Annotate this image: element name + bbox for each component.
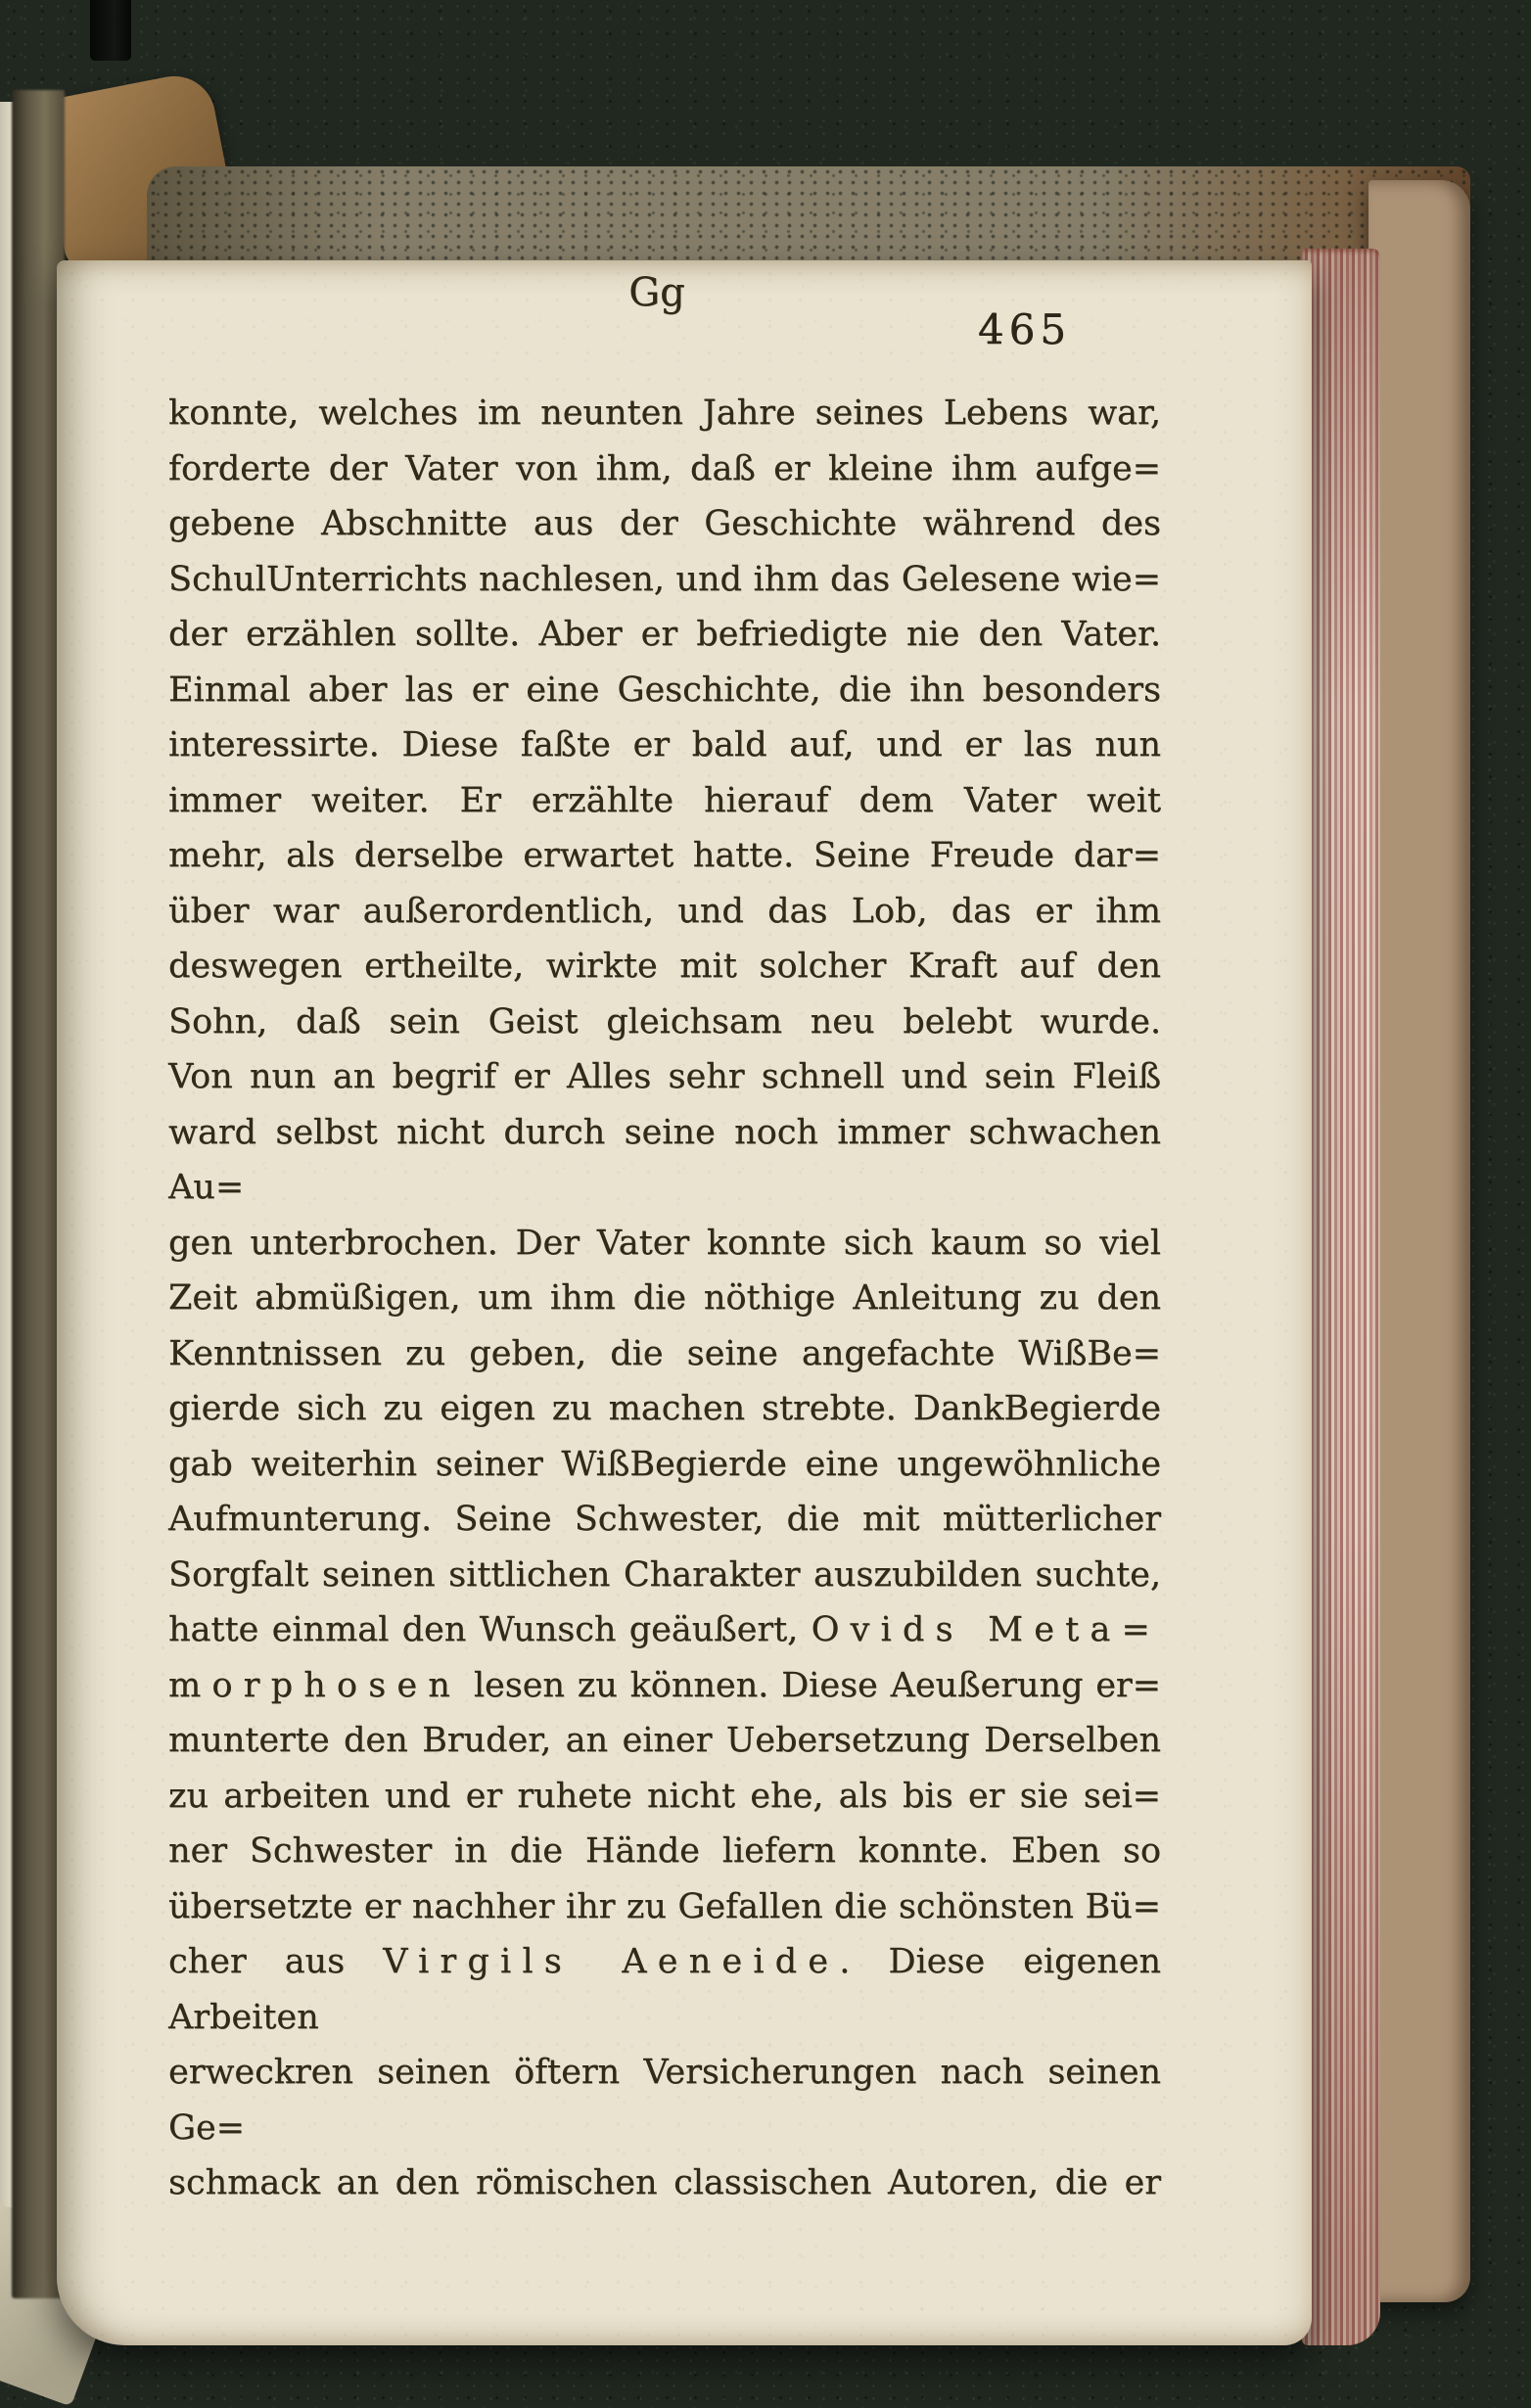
body-text: Sohn, daß sein Geist gleichsam neu beleb… (168, 1002, 1161, 1042)
text-line: zu arbeiten und er ruhete nicht ehe, als… (168, 1769, 1161, 1825)
body-text: SchulUnterrichts nachlesen, und ihm das … (168, 560, 1161, 599)
book-scan-photo: 465 konnte, welches im neunten Jahre sei… (0, 0, 1531, 2408)
body-text: cher aus (168, 1942, 383, 1981)
text-line: hatte einmal den Wunsch geäußert, Ovids … (168, 1602, 1161, 1658)
text-line: immer weiter. Er erzählte hierauf dem Va… (168, 773, 1161, 829)
text-line: Sohn, daß sein Geist gleichsam neu beleb… (168, 995, 1161, 1050)
text-line: gab weiterhin seiner WißBegierde eine un… (168, 1437, 1161, 1493)
body-text: schmack an den römischen classischen Aut… (168, 2163, 1161, 2202)
text-line: interessirte. Diese faßte er bald auf, u… (168, 718, 1161, 773)
text-block: konnte, welches im neunten Jahre seines … (168, 386, 1161, 2211)
text-line: schmack an den römischen classischen Aut… (168, 2155, 1161, 2211)
text-line: mehr, als derselbe erwartet hatte. Seine… (168, 828, 1161, 884)
body-text: hatte einmal den Wunsch geäußert, (168, 1610, 812, 1649)
text-line: SchulUnterrichts nachlesen, und ihm das … (168, 552, 1161, 608)
body-text: Von nun an begrif er Alles sehr schnell … (168, 1057, 1161, 1096)
text-line: cher aus Virgils Aeneide. Diese eigenen … (168, 1934, 1161, 2045)
body-text: Zeit abmüßigen, um ihm die nöthige Anlei… (168, 1278, 1161, 1318)
body-text: lesen zu können. Diese Aeußerung er= (461, 1666, 1161, 1705)
body-text: immer weiter. Er erzählte hierauf dem Va… (168, 781, 1161, 820)
text-line: Aufmunterung. Seine Schwester, die mit m… (168, 1492, 1161, 1548)
fore-edge-page-stack (1302, 249, 1380, 2345)
body-text: Sorgfalt seinen sittlichen Charakter aus… (168, 1555, 1161, 1595)
text-line: ner Schwester in die Hände liefern konnt… (168, 1824, 1161, 1879)
body-text: munterte den Bruder, an einer Uebersetzu… (168, 1721, 1161, 1760)
text-line: der erzählen sollte. Aber er befriedigte… (168, 607, 1161, 663)
body-text: forderte der Vater von ihm, daß er klein… (168, 449, 1161, 488)
text-line: ward selbst nicht durch seine noch immer… (168, 1105, 1161, 1216)
body-text: Einmal aber las er eine Geschichte, die … (168, 671, 1161, 710)
letterspaced-text: Virgils Aeneide (383, 1942, 839, 1981)
text-line: morphosen lesen zu können. Diese Aeußeru… (168, 1658, 1161, 1714)
text-line: deswegen ertheilte, wirkte mit solcher K… (168, 939, 1161, 995)
body-text: übersetzte er nachher ihr zu Gefallen di… (168, 1887, 1161, 1926)
text-line: gen unterbrochen. Der Vater konnte sich … (168, 1216, 1161, 1272)
letterspaced-text: Ovids Meta= (812, 1610, 1161, 1649)
body-text: ward selbst nicht durch seine noch immer… (168, 1113, 1161, 1208)
body-text: Aufmunterung. Seine Schwester, die mit m… (168, 1500, 1161, 1539)
body-text: Kenntnissen zu geben, die seine angefach… (168, 1334, 1161, 1373)
text-line: munterte den Bruder, an einer Uebersetzu… (168, 1713, 1161, 1769)
text-line: Von nun an begrif er Alles sehr schnell … (168, 1049, 1161, 1105)
body-text: über war außerordentlich, und das Lob, d… (168, 892, 1161, 931)
body-text: interessirte. Diese faßte er bald auf, u… (168, 725, 1161, 764)
signature-mark: Gg (29, 270, 1284, 315)
body-text: gab weiterhin seiner WißBegierde eine un… (168, 1445, 1161, 1484)
book-cover-right-board (1369, 180, 1470, 2302)
text-line: über war außerordentlich, und das Lob, d… (168, 884, 1161, 940)
text-line: gebene Abschnitte aus der Geschichte wäh… (168, 496, 1161, 552)
body-text: deswegen ertheilte, wirkte mit solcher K… (168, 947, 1161, 986)
body-text: der erzählen sollte. Aber er befriedigte… (168, 615, 1161, 654)
text-line: Zeit abmüßigen, um ihm die nöthige Anlei… (168, 1271, 1161, 1326)
text-line: Kenntnissen zu geben, die seine angefach… (168, 1326, 1161, 1382)
body-text: konnte, welches im neunten Jahre seines … (168, 394, 1161, 433)
text-line: gierde sich zu eigen zu machen strebte. … (168, 1381, 1161, 1437)
text-line: forderte der Vater von ihm, daß er klein… (168, 441, 1161, 497)
body-text: ner Schwester in die Hände liefern konnt… (168, 1831, 1161, 1871)
body-text: erweckren seinen öftern Versicherungen n… (168, 2053, 1161, 2148)
text-line: Einmal aber las er eine Geschichte, die … (168, 663, 1161, 718)
body-text: gen unterbrochen. Der Vater konnte sich … (168, 1224, 1161, 1263)
body-text: zu arbeiten und er ruhete nicht ehe, als… (168, 1777, 1161, 1816)
scanner-clamp (90, 0, 131, 61)
text-line: übersetzte er nachher ihr zu Gefallen di… (168, 1879, 1161, 1935)
letterspaced-text: morphosen (168, 1666, 461, 1705)
body-text: gierde sich zu eigen zu machen strebte. … (168, 1389, 1161, 1428)
body-text: gebene Abschnitte aus der Geschichte wäh… (168, 504, 1161, 543)
text-line: konnte, welches im neunten Jahre seines … (168, 386, 1161, 441)
book-page: 465 konnte, welches im neunten Jahre sei… (57, 260, 1312, 2345)
text-line: Sorgfalt seinen sittlichen Charakter aus… (168, 1548, 1161, 1603)
body-text: mehr, als derselbe erwartet hatte. Seine… (168, 836, 1161, 875)
text-line: erweckren seinen öftern Versicherungen n… (168, 2045, 1161, 2155)
